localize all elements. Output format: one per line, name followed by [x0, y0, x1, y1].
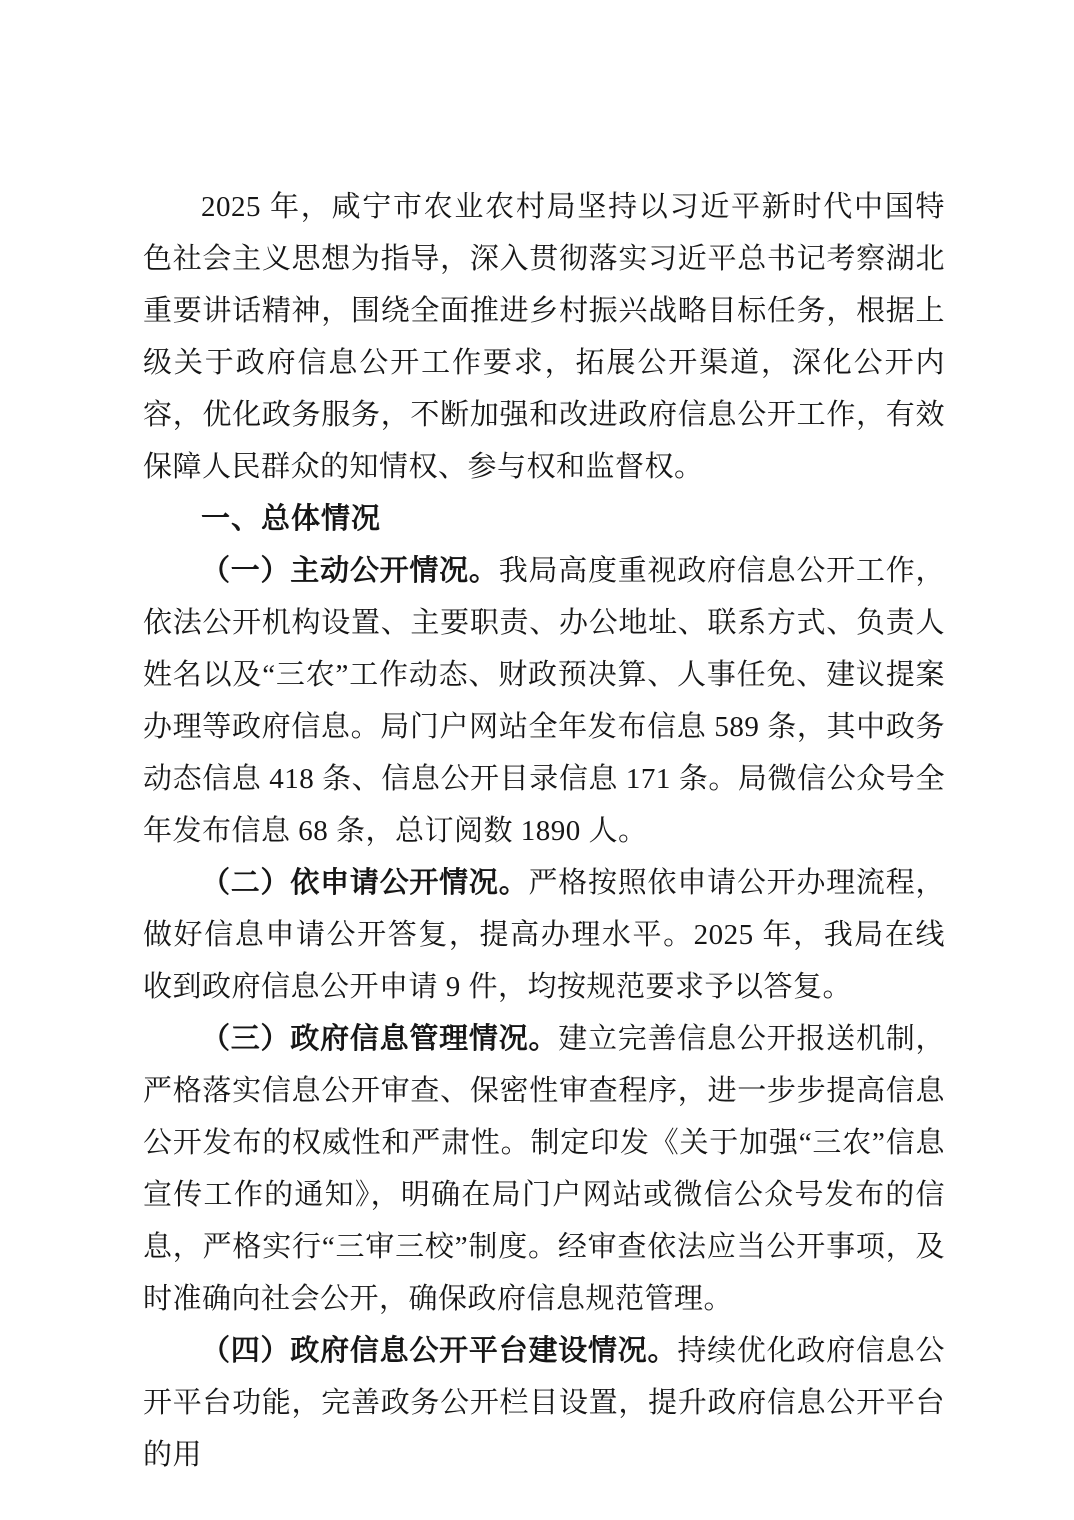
document-page: 2025 年，咸宁市农业农村局坚持以习近平新时代中国特色社会主义思想为指导，深入… [0, 0, 1074, 1520]
paragraph-text: 一、总体情况 [201, 503, 381, 535]
section-heading: 一、总体情况 [143, 493, 945, 545]
paragraph-lead: （二）依申请公开情况。 [201, 867, 528, 899]
paragraph-lead: （四）政府信息公开平台建设情况。 [201, 1335, 677, 1367]
paragraph-lead: （一）主动公开情况。 [201, 555, 499, 587]
paragraph: （三）政府信息管理情况。建立完善信息公开报送机制，严格落实信息公开审查、保密性审… [143, 1013, 945, 1325]
paragraph: （二）依申请公开情况。严格按照依申请公开办理流程，做好信息申请公开答复，提高办理… [143, 857, 945, 1013]
paragraph: （四）政府信息公开平台建设情况。持续优化政府信息公开平台功能，完善政务公开栏目设… [143, 1325, 945, 1481]
paragraph-text: 我局高度重视政府信息公开工作，依法公开机构设置、主要职责、办公地址、联系方式、负… [143, 555, 945, 847]
paragraph: （一）主动公开情况。我局高度重视政府信息公开工作，依法公开机构设置、主要职责、办… [143, 545, 945, 857]
paragraph-lead: （三）政府信息管理情况。 [201, 1023, 558, 1055]
paragraph: 2025 年，咸宁市农业农村局坚持以习近平新时代中国特色社会主义思想为指导，深入… [143, 181, 945, 493]
paragraph-text: 2025 年，咸宁市农业农村局坚持以习近平新时代中国特色社会主义思想为指导，深入… [143, 191, 945, 483]
document-body: 2025 年，咸宁市农业农村局坚持以习近平新时代中国特色社会主义思想为指导，深入… [143, 181, 945, 1481]
paragraph-text: 建立完善信息公开报送机制，严格落实信息公开审查、保密性审查程序，进一步步提高信息… [143, 1023, 945, 1315]
